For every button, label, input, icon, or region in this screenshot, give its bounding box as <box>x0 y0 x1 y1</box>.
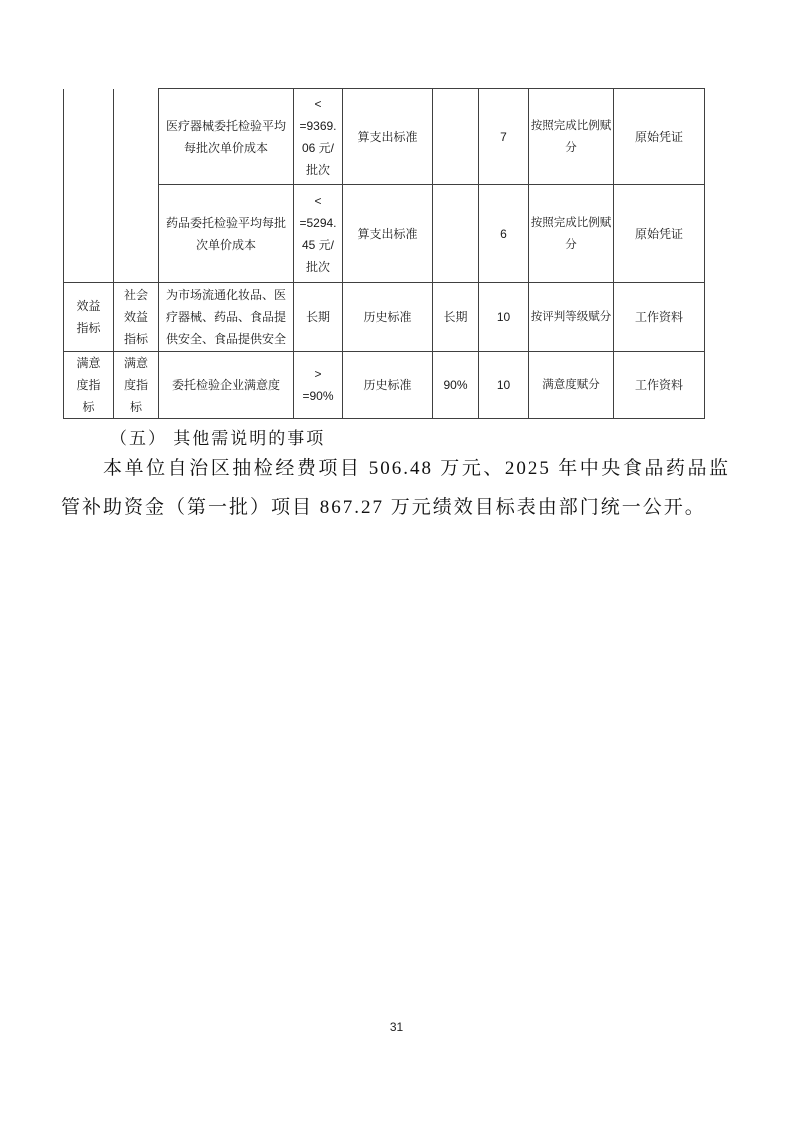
cell-target-value: > =90% <box>294 352 343 419</box>
cell-subcategory: 满意度指标 <box>114 352 159 419</box>
document-page: 医疗器械委托检验平均每批次单价成本 < =9369. 06 元/ 批次 算支出标… <box>0 0 793 1122</box>
performance-indicator-table: 医疗器械委托检验平均每批次单价成本 < =9369. 06 元/ 批次 算支出标… <box>63 88 705 419</box>
cell-scoring-method: 按照完成比例赋分 <box>529 89 614 185</box>
cell-target-value: < =5294. 45 元/ 批次 <box>294 185 343 283</box>
section-paragraph: 本单位自治区抽检经费项目 506.48 万元、2025 年中央食品药品监管补助资… <box>61 449 730 527</box>
cell-scoring-method: 按照完成比例赋分 <box>529 185 614 283</box>
table-row: 药品委托检验平均每批次单价成本 < =5294. 45 元/ 批次 算支出标准 … <box>64 185 705 283</box>
cell-subcategory <box>114 89 159 283</box>
cell-evidence-source: 工作资料 <box>614 352 705 419</box>
cell-scoring-method: 按评判等级赋分 <box>529 283 614 352</box>
cell-score: 6 <box>479 185 529 283</box>
table-row: 效益指标 社会效益指标 为市场流通化妆品、医疗器械、药品、食品提供安全、食品提供… <box>64 283 705 352</box>
table-row: 医疗器械委托检验平均每批次单价成本 < =9369. 06 元/ 批次 算支出标… <box>64 89 705 185</box>
cell-evaluation-standard: 历史标准 <box>343 352 433 419</box>
cell-evidence-source: 原始凭证 <box>614 185 705 283</box>
cell-score: 7 <box>479 89 529 185</box>
cell-category: 效益指标 <box>64 283 114 352</box>
cell-indicator-name: 医疗器械委托检验平均每批次单价成本 <box>159 89 294 185</box>
cell-evaluation-standard: 算支出标准 <box>343 185 433 283</box>
cell-evidence-source: 原始凭证 <box>614 89 705 185</box>
table-row: 满意度指标 满意度指标 委托检验企业满意度 > =90% 历史标准 90% 10… <box>64 352 705 419</box>
cell-evaluation-standard: 算支出标准 <box>343 89 433 185</box>
cell-annual-value <box>433 89 479 185</box>
cell-evidence-source: 工作资料 <box>614 283 705 352</box>
cell-indicator-name: 药品委托检验平均每批次单价成本 <box>159 185 294 283</box>
cell-subcategory: 社会效益指标 <box>114 283 159 352</box>
cell-indicator-name: 委托检验企业满意度 <box>159 352 294 419</box>
cell-annual-value <box>433 185 479 283</box>
cell-indicator-name: 为市场流通化妆品、医疗器械、药品、食品提供安全、食品提供安全 <box>159 283 294 352</box>
cell-score: 10 <box>479 283 529 352</box>
cell-scoring-method: 满意度赋分 <box>529 352 614 419</box>
cell-evaluation-standard: 历史标准 <box>343 283 433 352</box>
cell-score: 10 <box>479 352 529 419</box>
cell-category: 满意度指标 <box>64 352 114 419</box>
cell-annual-value: 90% <box>433 352 479 419</box>
cell-target-value: 长期 <box>294 283 343 352</box>
cell-category <box>64 89 114 283</box>
page-number: 31 <box>0 1020 793 1034</box>
cell-annual-value: 长期 <box>433 283 479 352</box>
section-heading: （五） 其他需说明的事项 <box>110 424 325 449</box>
cell-target-value: < =9369. 06 元/ 批次 <box>294 89 343 185</box>
